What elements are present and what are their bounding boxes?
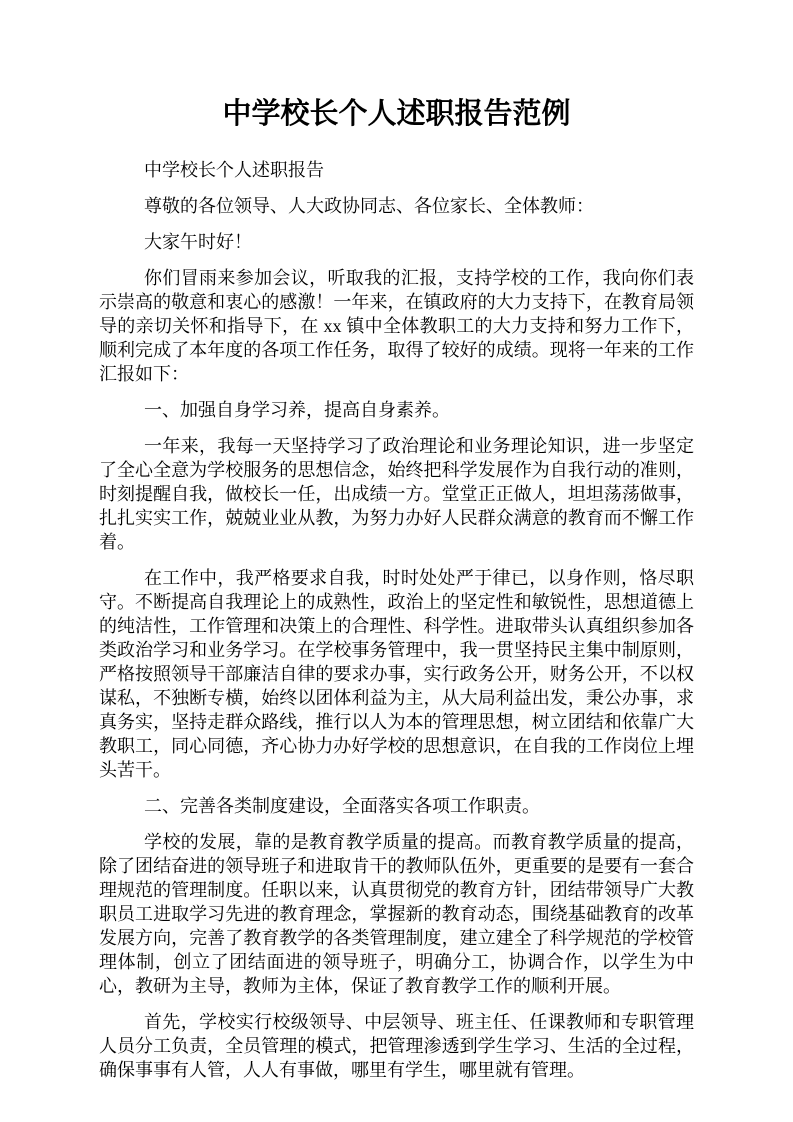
section-2-heading: 二、完善各类制度建设，全面落实各项工作职责。 — [99, 794, 694, 818]
section-1-heading: 一、加强自身学习养，提高自身素养。 — [99, 398, 694, 422]
document-page: 中学校长个人述职报告范例 中学校长个人述职报告 尊敬的各位领导、人大政协同志、各… — [0, 0, 793, 1122]
section-2-paragraph-1: 学校的发展，靠的是教育教学质量的提高。而教育教学质量的提高，除了团结奋进的领导班… — [99, 830, 694, 998]
document-subtitle: 中学校长个人述职报告 — [99, 158, 694, 182]
section-1-paragraph-2: 在工作中，我严格要求自我，时时处处严于律已，以身作则，恪尽职守。不断提高自我理论… — [99, 566, 694, 782]
section-2-paragraph-2: 首先，学校实行校级领导、中层领导、班主任、任课教师和专职管理人员分工负责，全员管… — [99, 1010, 694, 1082]
greeting-line: 大家午时好！ — [99, 230, 694, 254]
section-1-paragraph-1: 一年来，我每一天坚持学习了政治理论和业务理论知识，进一步坚定了全心全意为学校服务… — [99, 434, 694, 554]
salutation-line: 尊敬的各位领导、人大政协同志、各位家长、全体教师： — [99, 194, 694, 218]
document-title: 中学校长个人述职报告范例 — [99, 96, 694, 132]
intro-paragraph: 你们冒雨来参加会议，听取我的汇报，支持学校的工作，我向你们表示崇高的敬意和衷心的… — [99, 266, 694, 386]
